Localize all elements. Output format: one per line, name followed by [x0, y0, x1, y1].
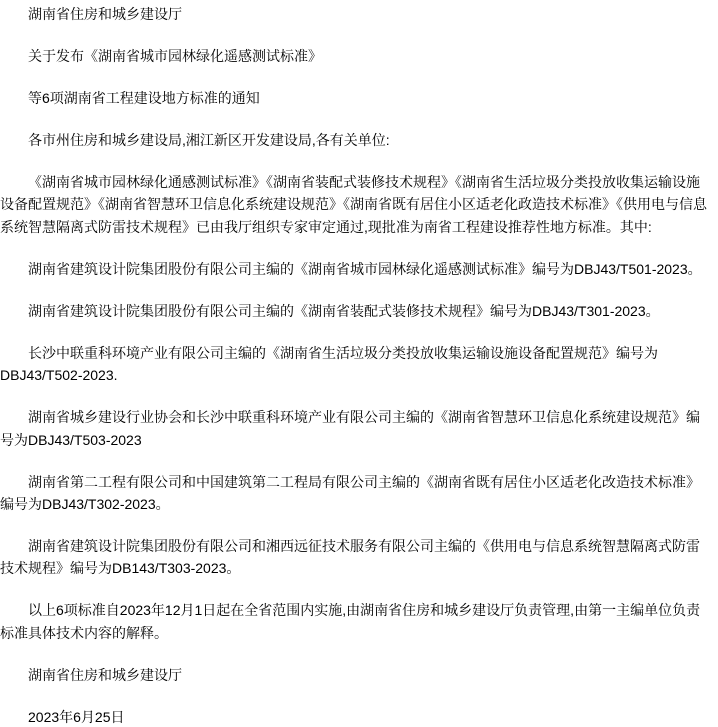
standard-item-1: 湖南省建筑设计院集团股份有限公司主编的《湖南省城市园林绿化遥感测试标准》编号为D…	[0, 258, 713, 280]
standard-item-3: 长沙中联重科环境产业有限公司主编的《湖南省生活垃圾分类投放收集运输设施设备配置规…	[0, 342, 713, 387]
notice-title-line-1: 关于发布《湖南省城市园林绿化遥感测试标准》	[0, 45, 713, 67]
signature-line: 湖南省住房和城乡建设厅	[0, 664, 713, 686]
issuer-line: 湖南省住房和城乡建设厅	[0, 3, 713, 25]
page: { "document": { "colors": { "text": "#00…	[0, 0, 718, 727]
salutation-line: 各市州住房和城乡建设局,湘江新区开发建设局,各有关单位:	[0, 129, 713, 151]
standard-item-5: 湖南省第二工程有限公司和中国建筑第二工程局有限公司主编的《湖南省既有居住小区适老…	[0, 471, 713, 516]
standard-item-6: 湖南省建筑设计院集团股份有限公司和湘西远征技术服务有限公司主编的《供用电与信息系…	[0, 535, 713, 580]
standard-item-4: 湖南省城乡建设行业协会和长沙中联重科环境产业有限公司主编的《湖南省智慧环卫信息化…	[0, 406, 713, 451]
date-line: 2023年6月25日	[0, 706, 713, 727]
implementation-paragraph: 以上6项标准自2023年12月1日起在全省范围内实施,由湖南省住房和城乡建设厅负…	[0, 599, 713, 644]
standard-item-2: 湖南省建筑设计院集团股份有限公司主编的《湖南省装配式装修技术规程》编号为DBJ4…	[0, 300, 713, 322]
overview-paragraph: 《湖南省城市园林绿化通感测试标准》《湖南省装配式装修技术规程》《湖南省生活垃圾分…	[0, 171, 713, 238]
notice-document: 湖南省住房和城乡建设厅 关于发布《湖南省城市园林绿化遥感测试标准》 等6项湖南省…	[0, 0, 713, 727]
notice-title-line-2: 等6项湖南省工程建设地方标准的通知	[0, 87, 713, 109]
